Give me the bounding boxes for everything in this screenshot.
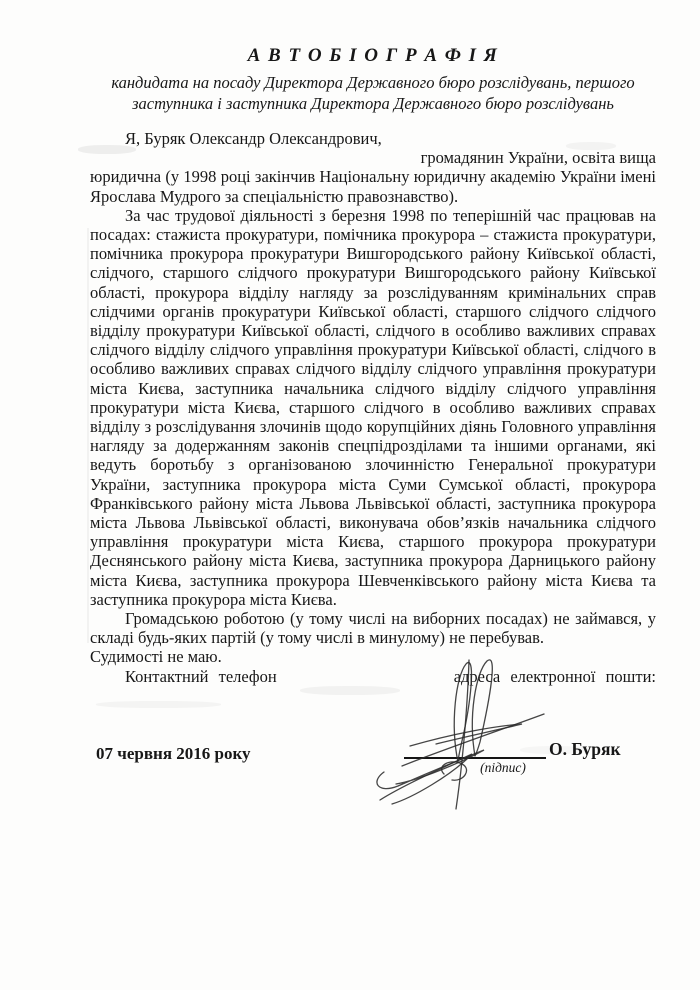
signature-block: О. Буряк (підпис)	[404, 740, 656, 776]
signature-caption: (підпис)	[404, 759, 574, 776]
signature-row: О. Буряк	[404, 740, 656, 759]
citizenship-line: громадянин України, освіта вища	[90, 148, 656, 167]
public-activity-paragraph: Громадською роботою (у тому числі на виб…	[90, 609, 656, 647]
contact-row: Контактний телефон адреса електронної по…	[90, 667, 656, 686]
scan-artifact	[96, 701, 221, 708]
scan-crease	[87, 228, 89, 643]
document-subtitle-line1: кандидата на посаду Директора Державного…	[90, 72, 656, 93]
document-date: 07 червня 2016 року	[90, 744, 251, 776]
document-footer: 07 червня 2016 року О. Буряк (підпис)	[90, 740, 656, 776]
document-subtitle-line2: заступника і заступника Директора Держав…	[90, 93, 656, 114]
document-page: А В Т О Б І О Г Р А Ф І Я кандидата на п…	[0, 0, 700, 990]
contact-email-label: адреса електронної пошти:	[454, 667, 656, 686]
signature-line	[404, 741, 546, 759]
scan-artifact	[300, 686, 400, 695]
document-body: Я, Буряк Олександр Олександрович, громад…	[90, 129, 656, 686]
contact-phone-label: Контактний телефон	[125, 667, 277, 686]
education-paragraph: юридична (у 1998 році закінчив Національ…	[90, 167, 656, 205]
signature-name: О. Буряк	[546, 740, 621, 759]
criminal-record-line: Судимості не маю.	[90, 647, 656, 666]
intro-line: Я, Буряк Олександр Олександрович,	[90, 129, 656, 148]
career-paragraph: За час трудової діяльності з березня 199…	[90, 206, 656, 609]
document-title: А В Т О Б І О Г Р А Ф І Я	[90, 44, 656, 68]
